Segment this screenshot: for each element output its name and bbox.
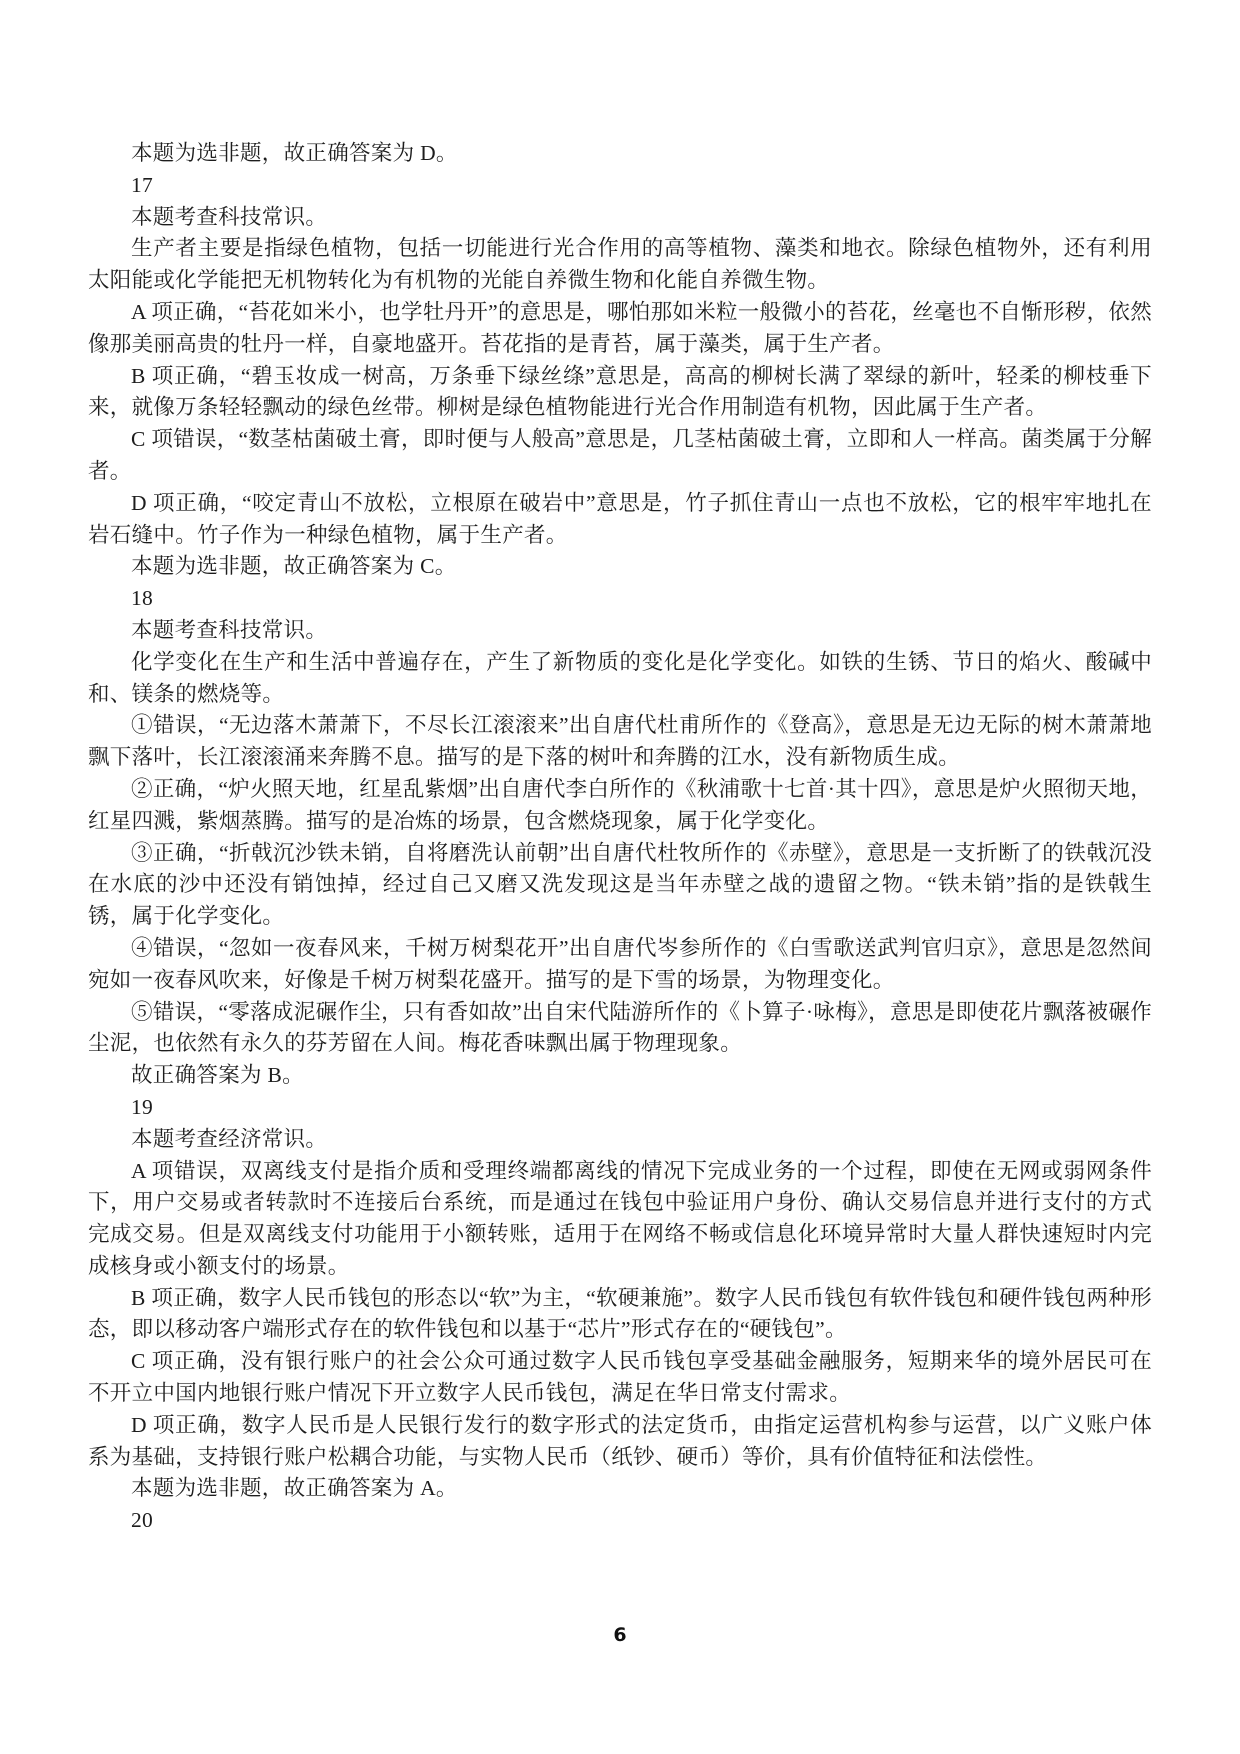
document-page: 本题为选非题，故正确答案为 D。17本题考查科技常识。生产者主要是指绿色植物，包… bbox=[0, 0, 1240, 1754]
paragraph: 17 bbox=[88, 170, 1152, 202]
paragraph: A 项正确，“苔花如米小，也学牡丹开”的意思是，哪怕那如米粒一般微小的苔花，丝毫… bbox=[88, 297, 1152, 361]
paragraph: ④错误，“忽如一夜春风来，千树万树梨花开”出自唐代岑参所作的《白雪歌送武判官归京… bbox=[88, 933, 1152, 997]
paragraph: B 项正确，“碧玉妆成一树高，万条垂下绿丝绦”意思是，高高的柳树长满了翠绿的新叶… bbox=[88, 361, 1152, 425]
paragraph: A 项错误，双离线支付是指介质和受理终端都离线的情况下完成业务的一个过程，即使在… bbox=[88, 1156, 1152, 1283]
document-body: 本题为选非题，故正确答案为 D。17本题考查科技常识。生产者主要是指绿色植物，包… bbox=[88, 138, 1152, 1537]
paragraph: ①错误，“无边落木萧萧下，不尽长江滚滚来”出自唐代杜甫所作的《登高》，意思是无边… bbox=[88, 710, 1152, 774]
page-number: 6 bbox=[0, 1624, 1240, 1646]
paragraph: 本题考查科技常识。 bbox=[88, 202, 1152, 234]
paragraph: ②正确，“炉火照天地，红星乱紫烟”出自唐代李白所作的《秋浦歌十七首·其十四》，意… bbox=[88, 774, 1152, 838]
paragraph: C 项错误，“数茎枯菌破土膏，即时便与人般高”意思是，几茎枯菌破土膏，立即和人一… bbox=[88, 424, 1152, 488]
paragraph: ③正确，“折戟沉沙铁未销，自将磨洗认前朝”出自唐代杜牧所作的《赤壁》，意思是一支… bbox=[88, 838, 1152, 933]
paragraph: 20 bbox=[88, 1505, 1152, 1537]
paragraph: 本题为选非题，故正确答案为 A。 bbox=[88, 1473, 1152, 1505]
paragraph: D 项正确，“咬定青山不放松，立根原在破岩中”意思是，竹子抓住青山一点也不放松，… bbox=[88, 488, 1152, 552]
paragraph: B 项正确，数字人民币钱包的形态以“软”为主，“软硬兼施”。数字人民币钱包有软件… bbox=[88, 1283, 1152, 1347]
paragraph: 化学变化在生产和生活中普遍存在，产生了新物质的变化是化学变化。如铁的生锈、节日的… bbox=[88, 647, 1152, 711]
paragraph: D 项正确，数字人民币是人民银行发行的数字形式的法定货币，由指定运营机构参与运营… bbox=[88, 1410, 1152, 1474]
paragraph: ⑤错误，“零落成泥碾作尘，只有香如故”出自宋代陆游所作的《卜算子·咏梅》，意思是… bbox=[88, 997, 1152, 1061]
paragraph: 本题为选非题，故正确答案为 C。 bbox=[88, 551, 1152, 583]
paragraph: 19 bbox=[88, 1092, 1152, 1124]
paragraph: C 项正确，没有银行账户的社会公众可通过数字人民币钱包享受基础金融服务，短期来华… bbox=[88, 1346, 1152, 1410]
paragraph: 本题考查经济常识。 bbox=[88, 1124, 1152, 1156]
paragraph: 本题为选非题，故正确答案为 D。 bbox=[88, 138, 1152, 170]
paragraph: 生产者主要是指绿色植物，包括一切能进行光合作用的高等植物、藻类和地衣。除绿色植物… bbox=[88, 233, 1152, 297]
paragraph: 18 bbox=[88, 583, 1152, 615]
paragraph: 本题考查科技常识。 bbox=[88, 615, 1152, 647]
paragraph: 故正确答案为 B。 bbox=[88, 1060, 1152, 1092]
